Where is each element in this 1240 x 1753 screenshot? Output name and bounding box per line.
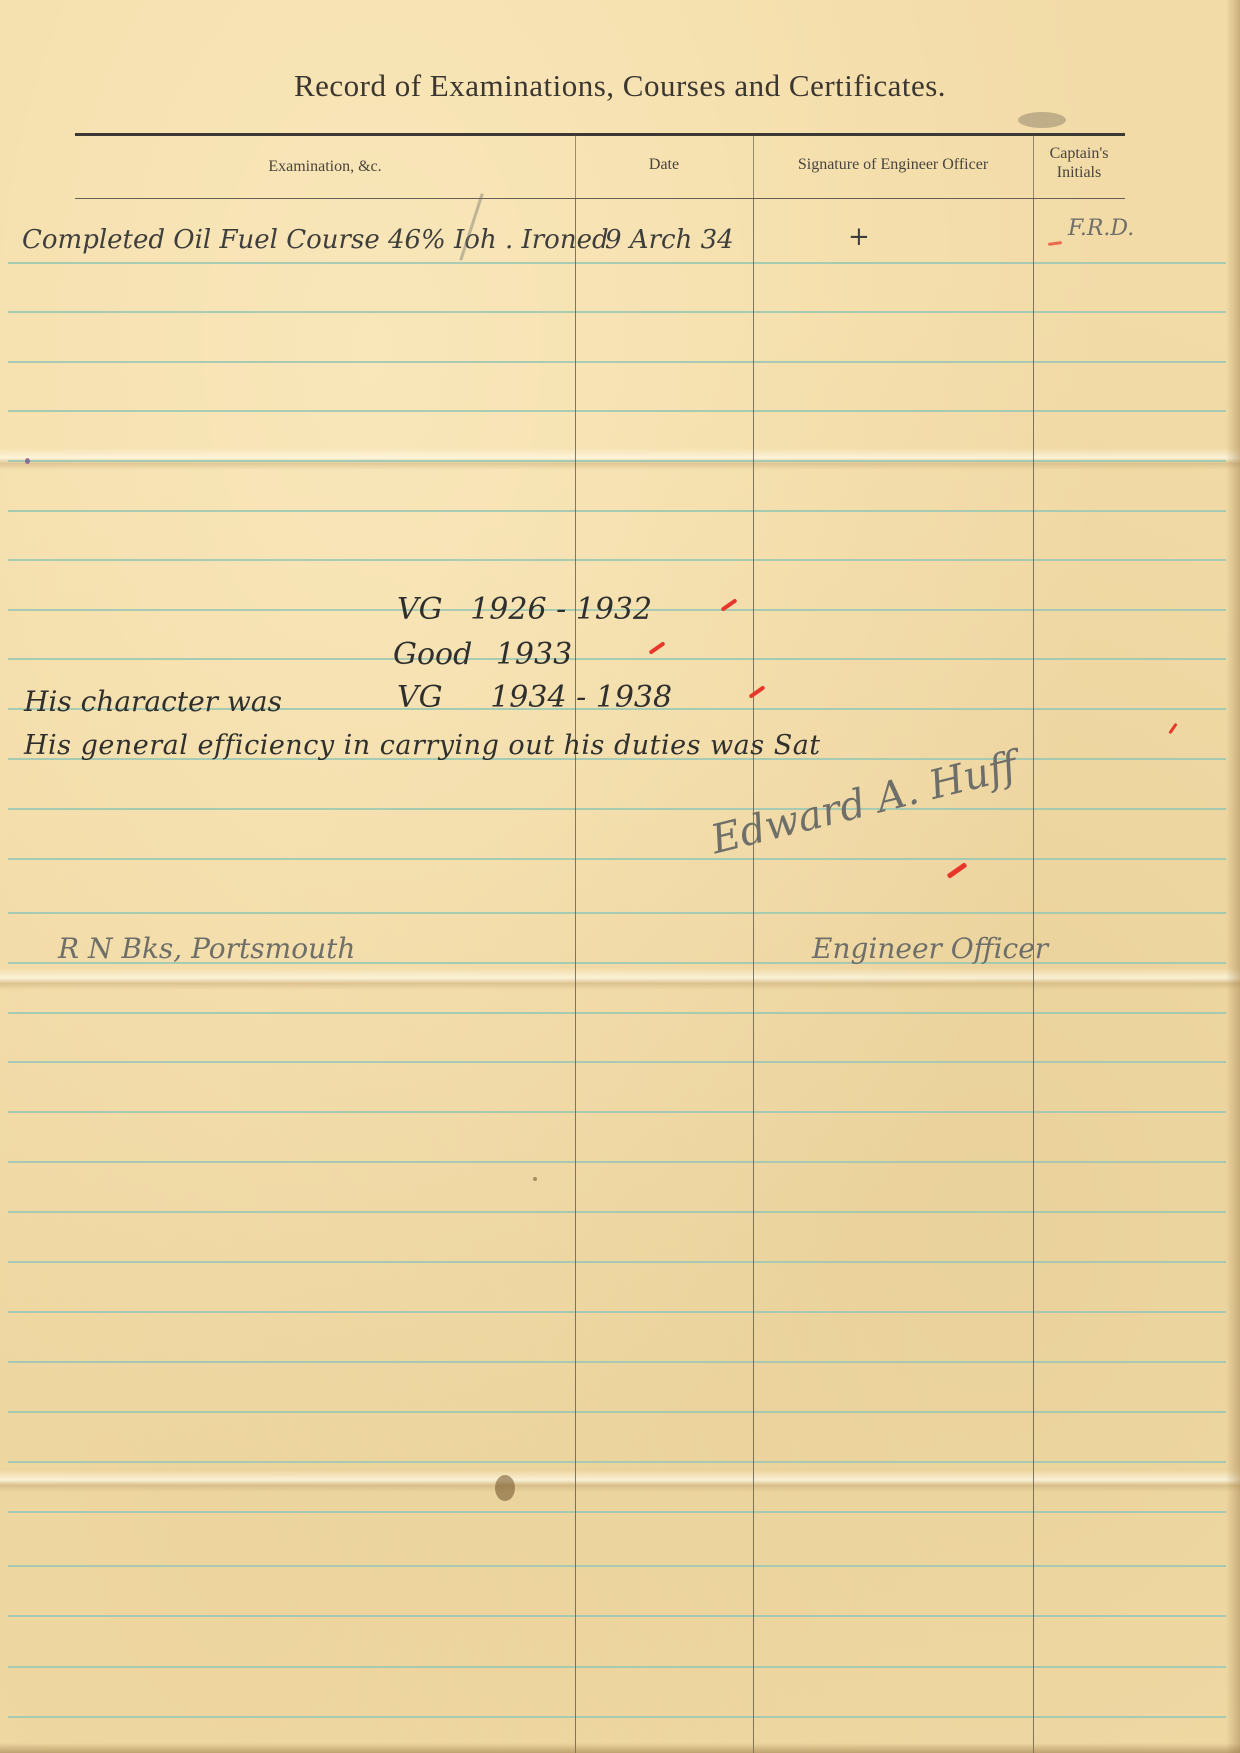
red-check-mark	[947, 862, 968, 879]
years: 1933	[496, 637, 572, 672]
paper-edge-right	[1226, 0, 1240, 1753]
grade: VG	[397, 680, 443, 715]
character-grade-line-3: VG 1934 - 1938	[397, 680, 672, 715]
paper-edge-bottom	[0, 1743, 1240, 1753]
entry-date: 9 Arch 34	[605, 225, 734, 255]
entry-captains-initials: F.R.D.	[1068, 216, 1134, 241]
page-title: Record of Examinations, Courses and Cert…	[0, 68, 1240, 104]
column-header-examination: Examination, &c.	[75, 158, 575, 176]
fold-crease-lower	[0, 1470, 1240, 1492]
entry-signature: +	[848, 222, 870, 252]
ink-stain	[495, 1475, 515, 1501]
header-bottom-rule	[75, 198, 1125, 199]
record-page: Record of Examinations, Courses and Cert…	[0, 0, 1240, 1753]
fold-crease-upper	[0, 448, 1240, 470]
ink-speck	[25, 458, 30, 464]
character-grade-line-2: Good 1933	[393, 637, 572, 672]
red-check-mark	[648, 641, 665, 655]
column-divider-initials	[1033, 198, 1034, 1753]
column-divider-signature	[753, 198, 754, 1753]
column-header-captains-line2: Initials	[1033, 163, 1125, 182]
ink-speck	[533, 1177, 537, 1181]
grade: Good	[393, 637, 472, 672]
red-check-mark	[748, 685, 765, 699]
character-prefix: His character was	[24, 685, 282, 718]
column-header-signature: Signature of Engineer Officer	[753, 156, 1033, 174]
years: 1934 - 1938	[490, 680, 672, 715]
character-grade-line-1: VG 1926 - 1932	[397, 592, 652, 627]
column-header-captains-initials: Captain's Initials	[1033, 144, 1125, 182]
entry-examination: Completed Oil Fuel Course 46% Ioh . Iron…	[22, 225, 609, 255]
column-header-date: Date	[575, 156, 753, 174]
header-top-rule	[75, 133, 1125, 136]
ink-stain	[1018, 112, 1066, 128]
location-text: R N Bks, Portsmouth	[58, 932, 355, 965]
red-check-mark	[1048, 241, 1062, 246]
column-header-captains-line1: Captain's	[1033, 144, 1125, 163]
column-divider-date	[575, 198, 576, 1753]
fold-crease-middle	[0, 968, 1240, 990]
grade: VG	[397, 592, 443, 627]
efficiency-statement: His general efficiency in carrying out h…	[24, 730, 821, 761]
red-check-mark	[1168, 723, 1177, 735]
engineer-officer-title: Engineer Officer	[812, 932, 1048, 965]
years: 1926 - 1932	[470, 592, 652, 627]
